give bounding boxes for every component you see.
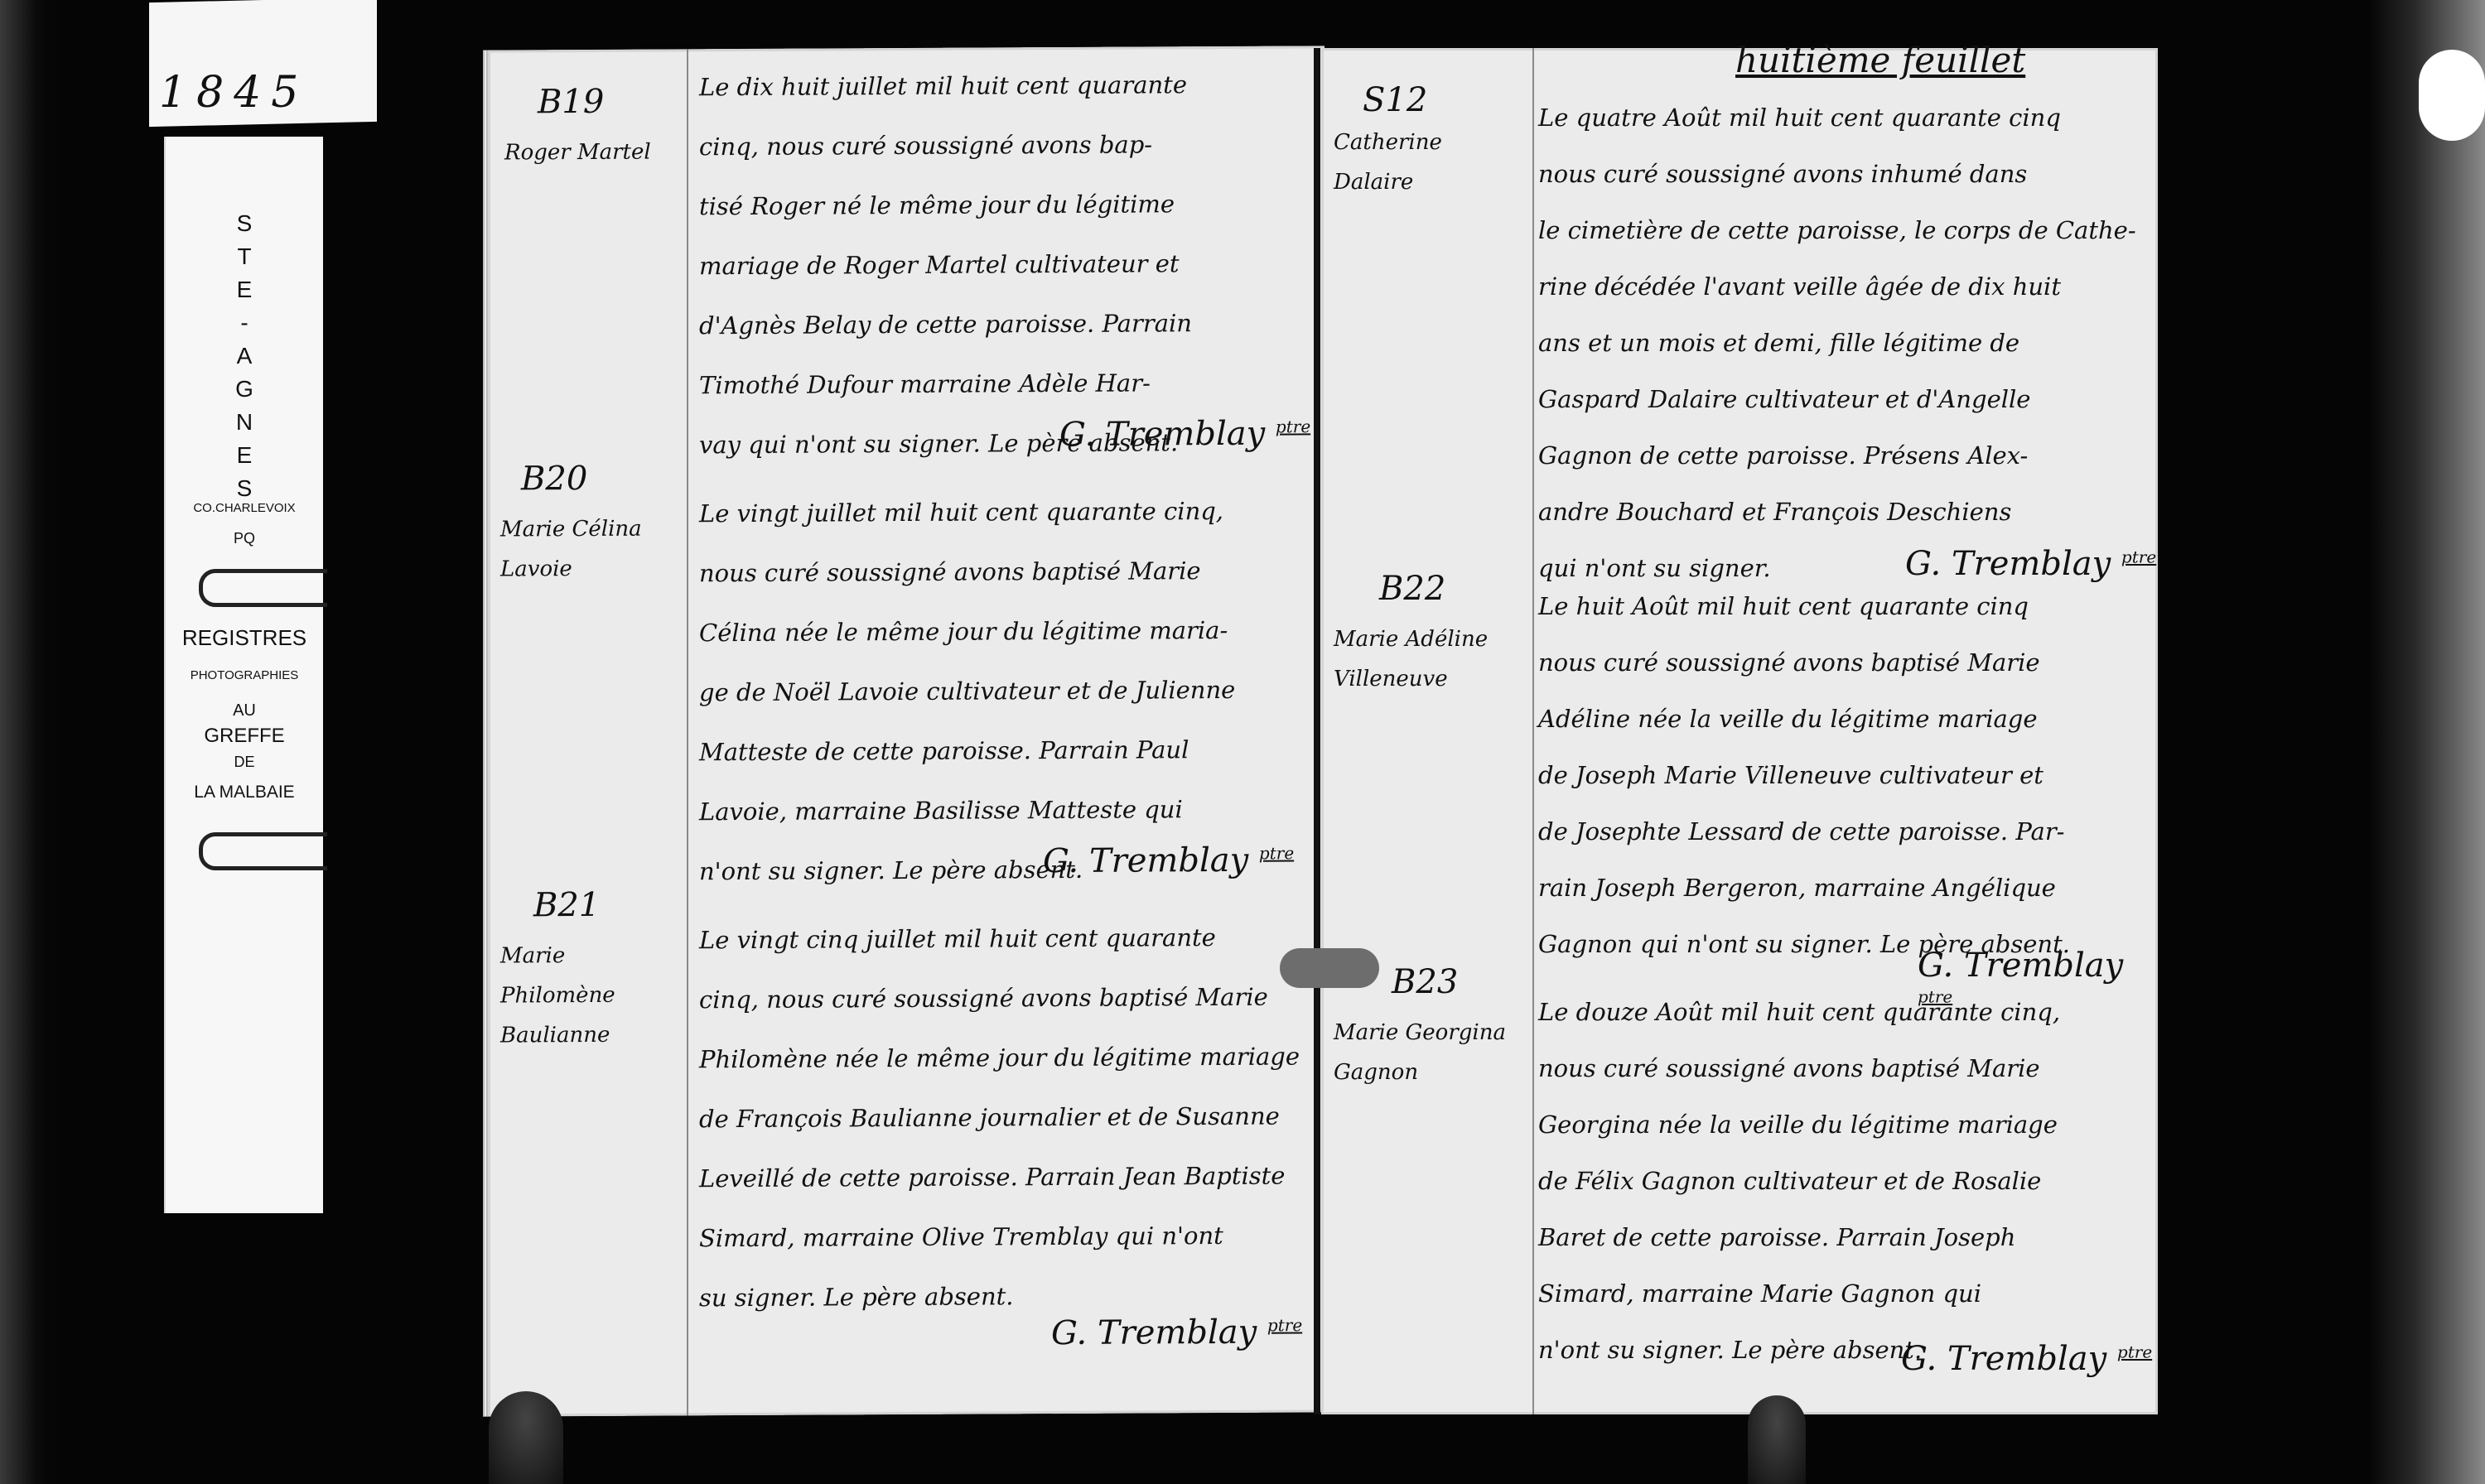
left-page: B19 Roger Martel Le dix huit juillet mil… bbox=[483, 46, 1325, 1416]
parish-letter: N bbox=[166, 406, 323, 439]
entry-text: Le dix huit juillet mil huit cent quaran… bbox=[699, 54, 1312, 475]
thumb-shadow bbox=[489, 1391, 563, 1484]
entry-text: Le vingt juillet mil huit cent quarante … bbox=[699, 480, 1312, 901]
register-book: B19 Roger Martel Le dix huit juillet mil… bbox=[483, 48, 2164, 1414]
parish-letter: A bbox=[166, 340, 323, 373]
archive-label-strip: S T E - A G N E S CO.CHARLEVOIX PQ REGIS… bbox=[164, 137, 323, 1213]
film-edge-left bbox=[0, 0, 50, 1484]
entry-text: Le douze Août mil huit cent quarante cin… bbox=[1538, 984, 2147, 1378]
label-line: REGISTRES bbox=[166, 625, 323, 651]
priest-signature: G. Tremblay ptre bbox=[1043, 841, 1294, 881]
margin-rule bbox=[1532, 48, 1534, 1414]
entry-code: B23 bbox=[1392, 963, 1458, 1001]
entry-text: Le vingt cinq juillet mil huit cent quar… bbox=[699, 907, 1312, 1327]
entry-name: Catherine Dalaire bbox=[1334, 123, 1528, 202]
paper-clip-icon bbox=[199, 569, 327, 607]
priest-signature: G. Tremblay ptre bbox=[1051, 1313, 1302, 1352]
film-edge-right bbox=[2369, 0, 2485, 1484]
entry-text: Le huit Août mil huit cent quarante cinq… bbox=[1538, 578, 2147, 972]
margin-rule bbox=[687, 49, 688, 1415]
label-line: AU bbox=[166, 701, 323, 720]
label-line: DE bbox=[166, 754, 323, 771]
year-label: 1845 bbox=[159, 68, 308, 118]
label-line: GREFFE bbox=[166, 725, 323, 748]
priest-signature: G. Tremblay ptre bbox=[1059, 414, 1310, 454]
page-heading: huitième feuillet bbox=[1735, 40, 2025, 80]
film-sprocket-hole bbox=[2419, 50, 2485, 141]
entry-code: B20 bbox=[521, 460, 587, 498]
parish-letter: T bbox=[166, 240, 323, 273]
priest-signature: G. Tremblay ptre bbox=[1901, 1340, 2152, 1378]
parish-name: S T E - A G N E S bbox=[166, 207, 323, 505]
entry-text: Le quatre Août mil huit cent quarante ci… bbox=[1538, 89, 2147, 596]
entry-name: Marie Adéline Villeneuve bbox=[1334, 619, 1528, 699]
paper-clip-icon bbox=[199, 832, 327, 870]
book-gutter bbox=[1314, 48, 1320, 1414]
entry-code: S12 bbox=[1363, 81, 1427, 119]
thumb-shadow bbox=[1748, 1395, 1806, 1484]
parish-letter: S bbox=[166, 207, 323, 240]
entry-name: Marie Philomène Baulianne bbox=[500, 935, 678, 1055]
label-line: PHOTOGRAPHIES bbox=[166, 668, 323, 682]
wax-seal-blot bbox=[1280, 948, 1379, 988]
parish-letter: E bbox=[166, 439, 323, 472]
entry-code: B22 bbox=[1379, 570, 1445, 608]
parish-letter: G bbox=[166, 373, 323, 406]
province-label: PQ bbox=[166, 530, 323, 547]
label-line: LA MALBAIE bbox=[166, 783, 323, 802]
entry-name: Marie Célina Lavoie bbox=[500, 508, 678, 589]
entry-code: B19 bbox=[538, 83, 604, 121]
parish-letter: E bbox=[166, 273, 323, 306]
entry-code: B21 bbox=[533, 886, 600, 924]
parish-letter: - bbox=[166, 306, 323, 340]
county-label: CO.CHARLEVOIX bbox=[166, 501, 323, 515]
parish-letter: S bbox=[166, 472, 323, 505]
right-page: huitième feuillet S12 Catherine Dalaire … bbox=[1321, 48, 2158, 1414]
entry-name: Marie Georgina Gagnon bbox=[1334, 1013, 1528, 1092]
entry-name: Roger Martel bbox=[504, 132, 683, 172]
